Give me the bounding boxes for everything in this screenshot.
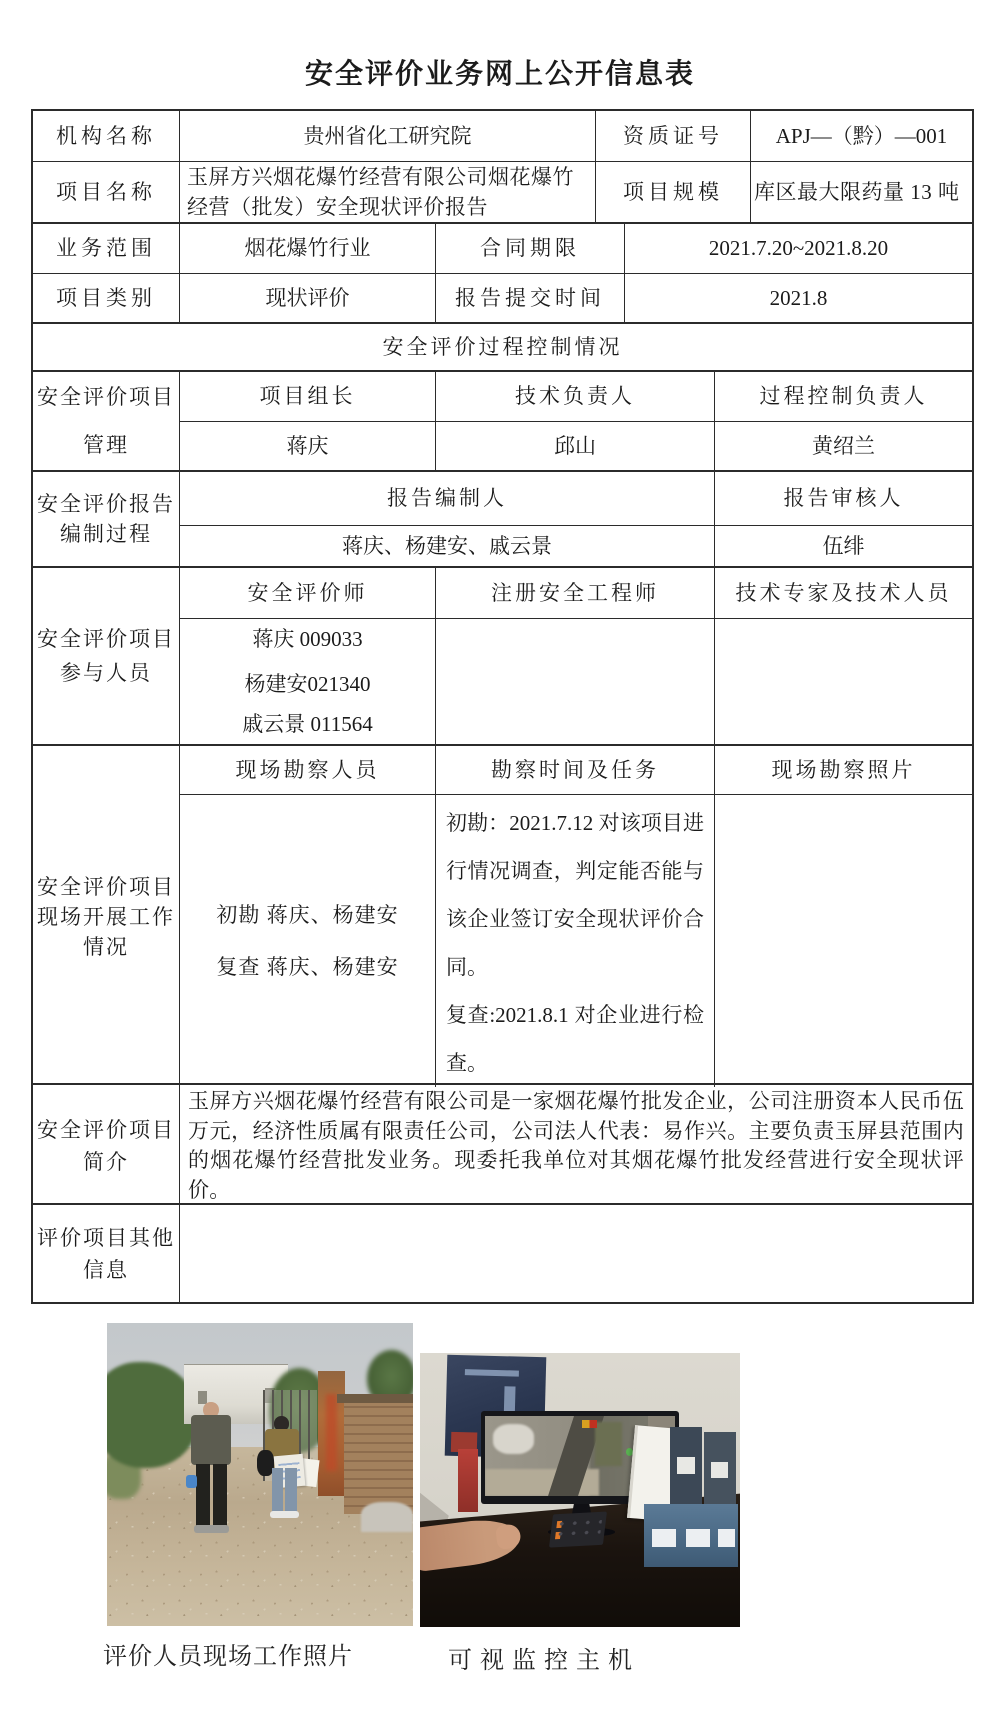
process-lead-value: 黄绍兰 xyxy=(715,422,972,470)
survey-photo-value xyxy=(715,795,972,1087)
process-control-header: 安全评价过程控制情况 xyxy=(33,324,972,370)
section-report: 安全评价报告 编制过程 报告编制人 报告审核人 蒋庆、杨建安、戚云景 伍绯 xyxy=(33,472,972,568)
right-photo-caption: 可视监控主机 xyxy=(448,1640,640,1675)
tech-expert-value xyxy=(715,619,972,744)
screen-vegetation xyxy=(595,1422,622,1466)
report-submit-value: 2021.8 xyxy=(625,274,972,322)
rack-label xyxy=(686,1529,711,1547)
project-scale-label: 项目规模 xyxy=(596,162,751,222)
survey-task-value: 初勘：2021.7.12 对该项目进行情况调查，判定能否能与该企业签订安全现状评… xyxy=(436,795,715,1087)
poster-text xyxy=(464,1369,519,1377)
fire-extinguisher xyxy=(458,1449,477,1512)
monitor-photo xyxy=(420,1353,740,1627)
calculator xyxy=(549,1512,607,1548)
org-name-label: 机构名称 xyxy=(33,111,180,162)
survey-task-header: 勘察时间及任务 xyxy=(436,746,715,795)
man-leg xyxy=(196,1464,210,1528)
cert-no-label: 资质证号 xyxy=(596,111,751,162)
calculator-key xyxy=(556,1532,562,1540)
gate-pillar xyxy=(318,1371,345,1495)
report-reviewer-value: 伍绯 xyxy=(715,526,972,566)
team-leader-value: 蒋庆 xyxy=(180,422,436,470)
tech-expert-header: 技术专家及技术人员 xyxy=(715,568,972,619)
report-writer-header: 报告编制人 xyxy=(180,472,715,526)
contract-period-label: 合同期限 xyxy=(436,224,625,274)
woman-shoes xyxy=(270,1511,299,1518)
blue-glove xyxy=(186,1475,197,1489)
man-leg xyxy=(213,1464,227,1528)
woman-leg xyxy=(272,1468,284,1512)
brick-wall xyxy=(344,1399,413,1514)
business-scope-label: 业务范围 xyxy=(33,224,180,274)
survey-personnel-header: 现场勘察人员 xyxy=(180,746,436,795)
participants-row-label: 安全评价项目 参与人员 xyxy=(33,568,180,744)
site-work-row-label: 安全评价项目 现场开展工作 情况 xyxy=(33,746,180,1087)
wall-cap xyxy=(337,1394,414,1403)
rubble-pile xyxy=(361,1502,413,1532)
rack-label xyxy=(652,1529,677,1547)
safety-assessor-header: 安全评价师 xyxy=(180,568,436,619)
screen-building xyxy=(493,1424,535,1454)
org-name-value: 贵州省化工研究院 xyxy=(180,111,596,162)
report-submit-label: 报告提交时间 xyxy=(436,274,625,322)
info-table: 机构名称 贵州省化工研究院 资质证号 APJ—（黔）—001 项目名称 玉屏方兴… xyxy=(31,109,974,1304)
safety-assessor-value: 蒋庆 009033 杨建安021340 戚云景 011564 xyxy=(180,619,436,744)
other-info-value xyxy=(180,1205,972,1302)
tech-lead-value: 邱山 xyxy=(436,422,715,470)
report-row-label: 安全评价报告 编制过程 xyxy=(33,472,180,566)
business-scope-value: 烟花爆竹行业 xyxy=(180,224,436,274)
left-photo-caption: 评价人员现场工作照片 xyxy=(103,1636,353,1671)
registered-engineer-value xyxy=(436,619,715,744)
section-scope: 业务范围 烟花爆竹行业 合同期限 2021.7.20~2021.8.20 项目类… xyxy=(33,224,972,324)
section-site-work: 安全评价项目 现场开展工作 情况 现场勘察人员 勘察时间及任务 现场勘察照片 初… xyxy=(33,746,972,1085)
survey-photo-header: 现场勘察照片 xyxy=(715,746,972,795)
report-reviewer-header: 报告审核人 xyxy=(715,472,972,526)
binder-label xyxy=(677,1457,695,1473)
section-brief: 安全评价项目 简介 玉屏方兴烟花爆竹经营有限公司是一家烟花爆竹批发企业，公司注册… xyxy=(33,1085,972,1205)
section-management: 安全评价项目 管理 项目组长 技术负责人 过程控制负责人 蒋庆 邱山 黄绍兰 xyxy=(33,372,972,472)
team-leader-header: 项目组长 xyxy=(180,372,436,422)
brief-text: 玉屏方兴烟花爆竹经营有限公司是一家烟花爆竹批发企业，公司注册资本人民币伍万元，经… xyxy=(180,1085,972,1207)
screen-indicator xyxy=(582,1420,597,1427)
man-shoes xyxy=(194,1525,229,1533)
project-name-label: 项目名称 xyxy=(33,162,180,222)
contract-period-value: 2021.7.20~2021.8.20 xyxy=(625,224,972,274)
binder-label xyxy=(711,1462,729,1478)
document-page: 安全评价业务网上公开信息表 机构名称 贵州省化工研究院 资质证号 APJ—（黔）… xyxy=(0,0,1000,1730)
management-row-label: 安全评价项目 管理 xyxy=(33,372,180,470)
report-writer-value: 蒋庆、杨建安、戚云景 xyxy=(180,526,715,566)
tech-lead-header: 技术负责人 xyxy=(436,372,715,422)
registered-engineer-header: 注册安全工程师 xyxy=(436,568,715,619)
brief-row-label: 安全评价项目 简介 xyxy=(33,1085,180,1207)
process-lead-header: 过程控制负责人 xyxy=(715,372,972,422)
section-participants: 安全评价项目 参与人员 安全评价师 注册安全工程师 技术专家及技术人员 蒋庆 0… xyxy=(33,568,972,746)
survey-personnel-value: 初勘 蒋庆、杨建安 复查 蒋庆、杨建安 xyxy=(180,795,436,1087)
page-title: 安全评价业务网上公开信息表 xyxy=(0,52,1000,92)
site-work-photo xyxy=(107,1323,413,1626)
file-rack xyxy=(644,1504,738,1567)
project-category-label: 项目类别 xyxy=(33,274,180,322)
other-info-row-label: 评价项目其他 信息 xyxy=(33,1205,180,1302)
woman-leg xyxy=(285,1468,297,1512)
cert-no-value: APJ—（黔）—001 xyxy=(751,111,972,162)
calculator-key xyxy=(557,1521,563,1529)
man-shirt xyxy=(191,1415,231,1465)
section-process-header: 安全评价过程控制情况 xyxy=(33,324,972,372)
project-category-value: 现状评价 xyxy=(180,274,436,322)
rack-label xyxy=(718,1529,735,1547)
project-name-value: 玉屏方兴烟花爆竹经营有限公司烟花爆竹经营（批发）安全现状评价报告 xyxy=(180,162,596,222)
section-other-info: 评价项目其他 信息 xyxy=(33,1205,972,1302)
section-basic-info: 机构名称 贵州省化工研究院 资质证号 APJ—（黔）—001 项目名称 玉屏方兴… xyxy=(33,111,972,224)
project-scale-value: 库区最大限药量 13 吨 xyxy=(751,162,972,222)
